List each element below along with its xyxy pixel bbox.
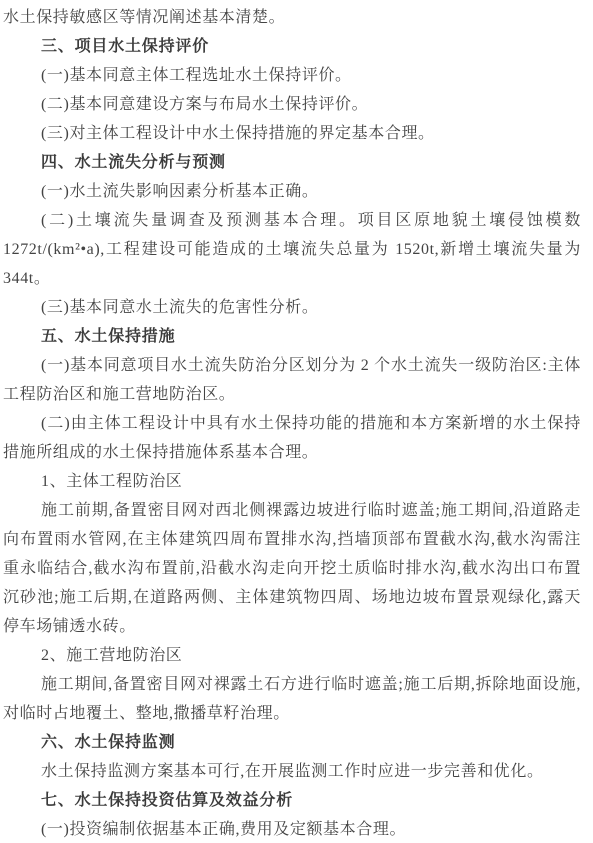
section-heading: 三、项目水土保持评价 xyxy=(3,32,581,61)
paragraph-text: (三)基本同意水土流失的危害性分析。 xyxy=(3,293,581,322)
paragraph-text: (一)基本同意主体工程选址水土保持评价。 xyxy=(3,61,581,90)
section-heading: 五、水土保持措施 xyxy=(3,322,581,351)
document-body: 水土保持敏感区等情况阐述基本清楚。三、项目水土保持评价(一)基本同意主体工程选址… xyxy=(3,3,581,843)
paragraph-text: 水土保持监测方案基本可行,在开展监测工作时应进一步完善和优化。 xyxy=(3,757,581,786)
section-heading: 四、水土流失分析与预测 xyxy=(3,148,581,177)
sub-heading: 1、主体工程防治区 xyxy=(3,467,581,496)
document-page: 水土保持敏感区等情况阐述基本清楚。三、项目水土保持评价(一)基本同意主体工程选址… xyxy=(0,0,593,843)
paragraph-text: (一)投资编制依据基本正确,费用及定额基本合理。 xyxy=(3,815,581,843)
paragraph-text: (一)水土流失影响因素分析基本正确。 xyxy=(3,177,581,206)
paragraph-text: 施工期间,备置密目网对裸露土石方进行临时遮盖;施工后期,拆除地面设施,对临时占地… xyxy=(3,670,581,728)
paragraph-text: (二)基本同意建设方案与布局水土保持评价。 xyxy=(3,90,581,119)
paragraph-text: (一)基本同意项目水土流失防治分区划分为 2 个水土流失一级防治区:主体工程防治… xyxy=(3,351,581,409)
paragraph-text: (三)对主体工程设计中水土保持措施的界定基本合理。 xyxy=(3,119,581,148)
paragraph-text: (二)由主体工程设计中具有水土保持功能的措施和本方案新增的水土保持措施所组成的水… xyxy=(3,409,581,467)
sub-heading: 2、施工营地防治区 xyxy=(3,641,581,670)
section-heading: 六、水土保持监测 xyxy=(3,728,581,757)
paragraph-text: (二)土壤流失量调查及预测基本合理。项目区原地貌土壤侵蚀模数 1272t/(km… xyxy=(3,206,581,293)
paragraph-text: 水土保持敏感区等情况阐述基本清楚。 xyxy=(3,3,581,32)
paragraph-text: 施工前期,备置密目网对西北侧裸露边坡进行临时遮盖;施工期间,沿道路走向布置雨水管… xyxy=(3,496,581,641)
section-heading: 七、水土保持投资估算及效益分析 xyxy=(3,786,581,815)
